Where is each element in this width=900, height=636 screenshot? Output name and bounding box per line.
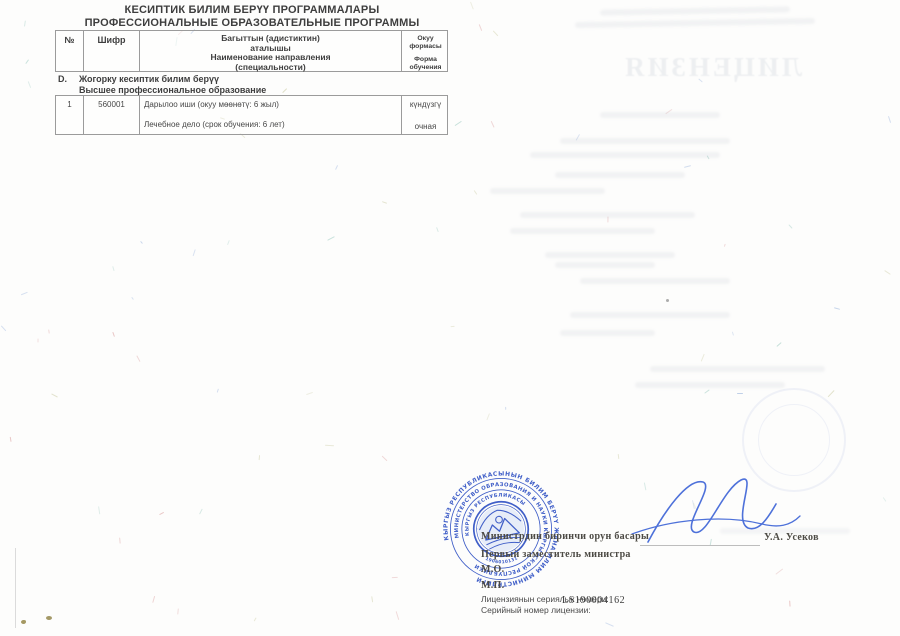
document-title-ky: КЕСИПТИК БИЛИМ БЕРҮҮ ПРОГРАММАЛАРЫ (55, 4, 449, 17)
programs-table-header: № Шифр Багыттын (адистиктин) аталышы Наи… (55, 30, 448, 72)
row-code: 560001 (83, 96, 139, 134)
signer-name: У.А. Усеков (764, 532, 819, 543)
seal-mark-ru: М.П. (481, 580, 504, 591)
document-title: КЕСИПТИК БИЛИМ БЕРҮҮ ПРОГРАММАЛАРЫ ПРОФЕ… (55, 4, 449, 30)
signature-line (640, 545, 760, 546)
bleed-through-line (580, 278, 730, 284)
license-serial-number: LS190004162 (562, 595, 625, 606)
column-header-code: Шифр (83, 31, 139, 71)
scan-edge-line (15, 548, 16, 628)
bleed-through-line (560, 138, 730, 144)
bleed-through-line (600, 6, 790, 15)
section-letter: D. (58, 74, 67, 84)
column-header-name: Багыттын (адистиктин) аталышы Наименован… (139, 31, 401, 71)
bleed-through-line (560, 330, 655, 336)
section-title-ky: Жогорку кесиптик билим берүү (79, 74, 266, 85)
bleed-through-line (635, 382, 785, 388)
study-form-ky: күндүзгү (402, 100, 449, 109)
paper-speck (21, 620, 26, 624)
signer-position-ky: Министрдин биринчи орун басары (481, 531, 649, 542)
row-number: 1 (56, 96, 83, 134)
bleed-through-license-title: ЛИЦЕНЗИЯ (612, 52, 812, 83)
bleed-through-line (555, 262, 655, 268)
license-serial-label-ru: Серийный номер лицензии: (481, 605, 609, 616)
bleed-through-line (650, 366, 825, 372)
seal-mark-ky: М.О. (481, 564, 504, 575)
row-study-form: күндүзгү очная (401, 96, 449, 134)
bleed-through-line (490, 188, 605, 194)
section-title-ru: Высшее профессиональное образование (79, 85, 266, 96)
study-form-ru: очная (402, 122, 449, 131)
bleed-through-line (570, 312, 730, 318)
signer-position-ru: Первый заместитель министра (481, 549, 631, 560)
bleed-through-line (600, 112, 720, 118)
paper-speck (666, 299, 669, 302)
column-header-number: № (56, 31, 83, 71)
paper-speck (46, 616, 52, 620)
row-program-name: Дарылоо иши (окуу мөөнөтү: 6 жыл) Лечебн… (139, 96, 401, 134)
bleed-through-line (545, 252, 675, 258)
bleed-through-line (555, 172, 685, 178)
document-title-ru: ПРОФЕССИОНАЛЬНЫЕ ОБРАЗОВАТЕЛЬНЫЕ ПРОГРАМ… (55, 17, 449, 30)
bleed-through-line (530, 152, 720, 158)
bleed-through-line (575, 18, 815, 28)
column-header-form: Окуу формасы Форма обучения (401, 31, 449, 71)
bleed-through-line (510, 228, 655, 234)
program-name-ky: Дарылоо иши (окуу мөөнөтү: 6 жыл) (144, 100, 401, 109)
bleed-through-line (520, 212, 695, 218)
program-name-ru: Лечебное дело (срок обучения: 6 лет) (144, 120, 401, 129)
table-row: 1 560001 Дарылоо иши (окуу мөөнөтү: 6 жы… (55, 95, 448, 135)
